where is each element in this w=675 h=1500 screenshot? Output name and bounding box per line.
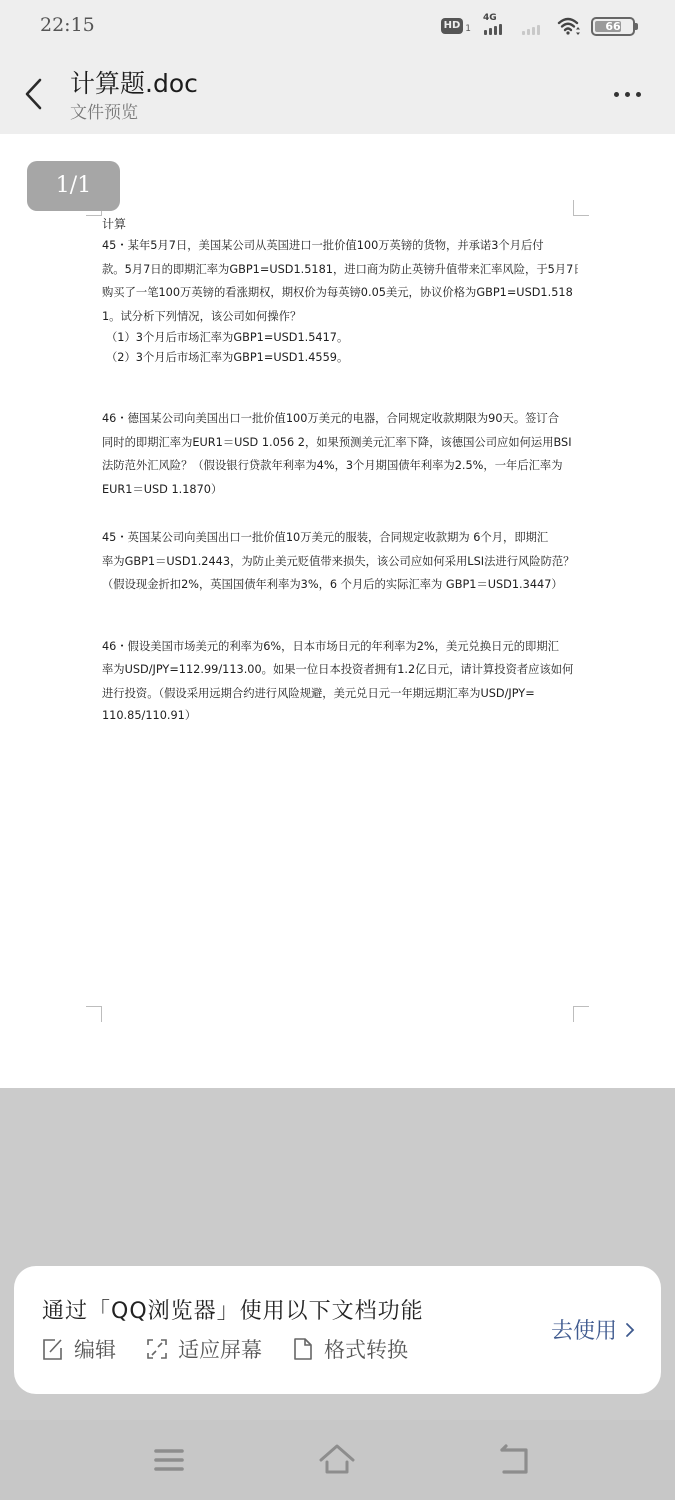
more-dot-icon	[614, 92, 619, 97]
paragraph-line: 进行投资。（假设采用远期合约进行风险规避，美元兑日元一年期远期汇率为USD/JP…	[102, 682, 578, 706]
paragraph-line: 46・德国某公司向美国出口一批价值100万美元的电器，合同规定收款期限为90天。…	[102, 407, 578, 431]
document-preview[interactable]: 1/1 计算 45・某年5月7日，美国某公司从英国进口一批价值100万英镑的货物…	[0, 134, 675, 1088]
more-dot-icon	[636, 92, 641, 97]
network-type-label: 4G	[483, 13, 497, 23]
wifi-icon	[557, 16, 581, 36]
paragraph-line: 1。试分析下列情况，该公司如何操作？	[102, 305, 578, 329]
edit-icon	[42, 1337, 64, 1361]
cellular-signal-icon: 4G	[481, 15, 509, 37]
paragraph-line: 45・英国某公司向美国出口一批价值10万美元的服装，合同规定收款期为 6个月，即…	[102, 526, 578, 550]
qq-browser-promo-card: 通过「QQ浏览器」使用以下文档功能 编辑 适应屏幕 格式转换 去使用	[14, 1266, 661, 1394]
home-icon[interactable]	[317, 1442, 357, 1478]
paragraph-line: 110.85/110.91）	[102, 705, 578, 727]
battery-icon: 66	[591, 17, 635, 36]
page-corner-mark	[573, 1006, 589, 1022]
feature-edit[interactable]: 编辑	[42, 1334, 116, 1364]
feature-label: 适应屏幕	[178, 1334, 262, 1364]
app-header: 计算题.doc 文件预览	[0, 52, 675, 134]
promo-title: 通过「QQ浏览器」使用以下文档功能	[42, 1294, 424, 1325]
status-time: 22:15	[40, 14, 95, 36]
go-use-button[interactable]: 去使用	[551, 1314, 635, 1345]
file-icon	[292, 1337, 314, 1361]
hd-sub-label: 1	[465, 24, 471, 34]
paragraph-line: 45・某年5月7日，美国某公司从英国进口一批价值100万英镑的货物，并承诺3个月…	[102, 234, 578, 258]
page-corner-mark	[86, 1006, 102, 1022]
paragraph-line: 款。5月7日的即期汇率为GBP1=USD1.5181，进口商为防止英镑升值带来汇…	[102, 258, 578, 282]
chevron-right-icon	[625, 1321, 635, 1339]
paragraph-line: EUR1＝USD 1.1870）	[102, 478, 578, 502]
feature-label: 编辑	[74, 1334, 116, 1364]
question-block: 46・假设美国市场美元的利率为6%，日本市场日元的年利率为2%，美元兑换日元的即…	[102, 635, 578, 728]
status-icons: HD 1 4G 66	[441, 14, 635, 38]
document-body: 计算 45・某年5月7日，美国某公司从英国进口一批价值100万英镑的货物，并承诺…	[102, 214, 578, 727]
more-options-button[interactable]	[607, 82, 647, 106]
go-use-label: 去使用	[551, 1314, 617, 1345]
sub-item: （2）3个月后市场汇率为GBP1=USD1.4559。	[102, 348, 578, 368]
paragraph-line: 率为USD/JPY=112.99/113.00。如果一位日本投资者拥有1.2亿日…	[102, 658, 578, 682]
status-bar: 22:15 HD 1 4G 66	[0, 0, 675, 52]
sub-item: （1）3个月后市场汇率为GBP1=USD1.5417。	[102, 328, 578, 348]
back-nav-icon[interactable]	[496, 1442, 536, 1478]
document-subtitle: 文件预览	[70, 98, 138, 123]
paragraph-line: 46・假设美国市场美元的利率为6%，日本市场日元的年利率为2%，美元兑换日元的即…	[102, 635, 578, 659]
promo-feature-list: 编辑 适应屏幕 格式转换	[42, 1334, 408, 1364]
paragraph-line: （假设现金折扣2%，英国国债年利率为3%，6 个月后的实际汇率为 GBP1＝US…	[102, 573, 578, 597]
fit-screen-icon	[146, 1337, 168, 1361]
feature-fit-screen[interactable]: 适应屏幕	[146, 1334, 262, 1364]
paragraph-line: 法防范外汇风险？（假设银行贷款年利率为4%，3个月期国债年利率为2.5%，一年后…	[102, 454, 578, 478]
question-block: 46・德国某公司向美国出口一批价值100万美元的电器，合同规定收款期限为90天。…	[102, 407, 578, 501]
hd-voice-icon: HD 1	[441, 18, 471, 34]
battery-level: 66	[593, 19, 633, 34]
page-indicator: 1/1	[27, 161, 120, 211]
hd-label: HD	[441, 18, 464, 34]
back-arrow-icon[interactable]	[18, 72, 52, 116]
more-dot-icon	[625, 92, 630, 97]
paragraph-line: 同时的即期汇率为EUR1＝USD 1.056 2，如果预测美元汇率下降，该德国公…	[102, 431, 578, 455]
question-block: 45・英国某公司向美国出口一批价值10万美元的服装，合同规定收款期为 6个月，即…	[102, 526, 578, 597]
document-title: 计算题.doc	[70, 64, 198, 100]
paragraph-line: 购买了一笔100万英镑的看涨期权，期权价为每英镑0.05美元，协议价格为GBP1…	[102, 281, 578, 305]
system-nav-bar	[0, 1420, 675, 1500]
feature-label: 格式转换	[324, 1334, 408, 1364]
menu-icon[interactable]	[150, 1442, 190, 1478]
feature-format-convert[interactable]: 格式转换	[292, 1334, 408, 1364]
question-block: 45・某年5月7日，美国某公司从英国进口一批价值100万英镑的货物，并承诺3个月…	[102, 234, 578, 368]
paragraph-line: 率为GBP1＝USD1.2443，为防止美元贬值带来损失，该公司应如何采用LSI…	[102, 550, 578, 574]
document-heading: 计算	[102, 214, 578, 234]
secondary-signal-icon	[519, 15, 547, 37]
